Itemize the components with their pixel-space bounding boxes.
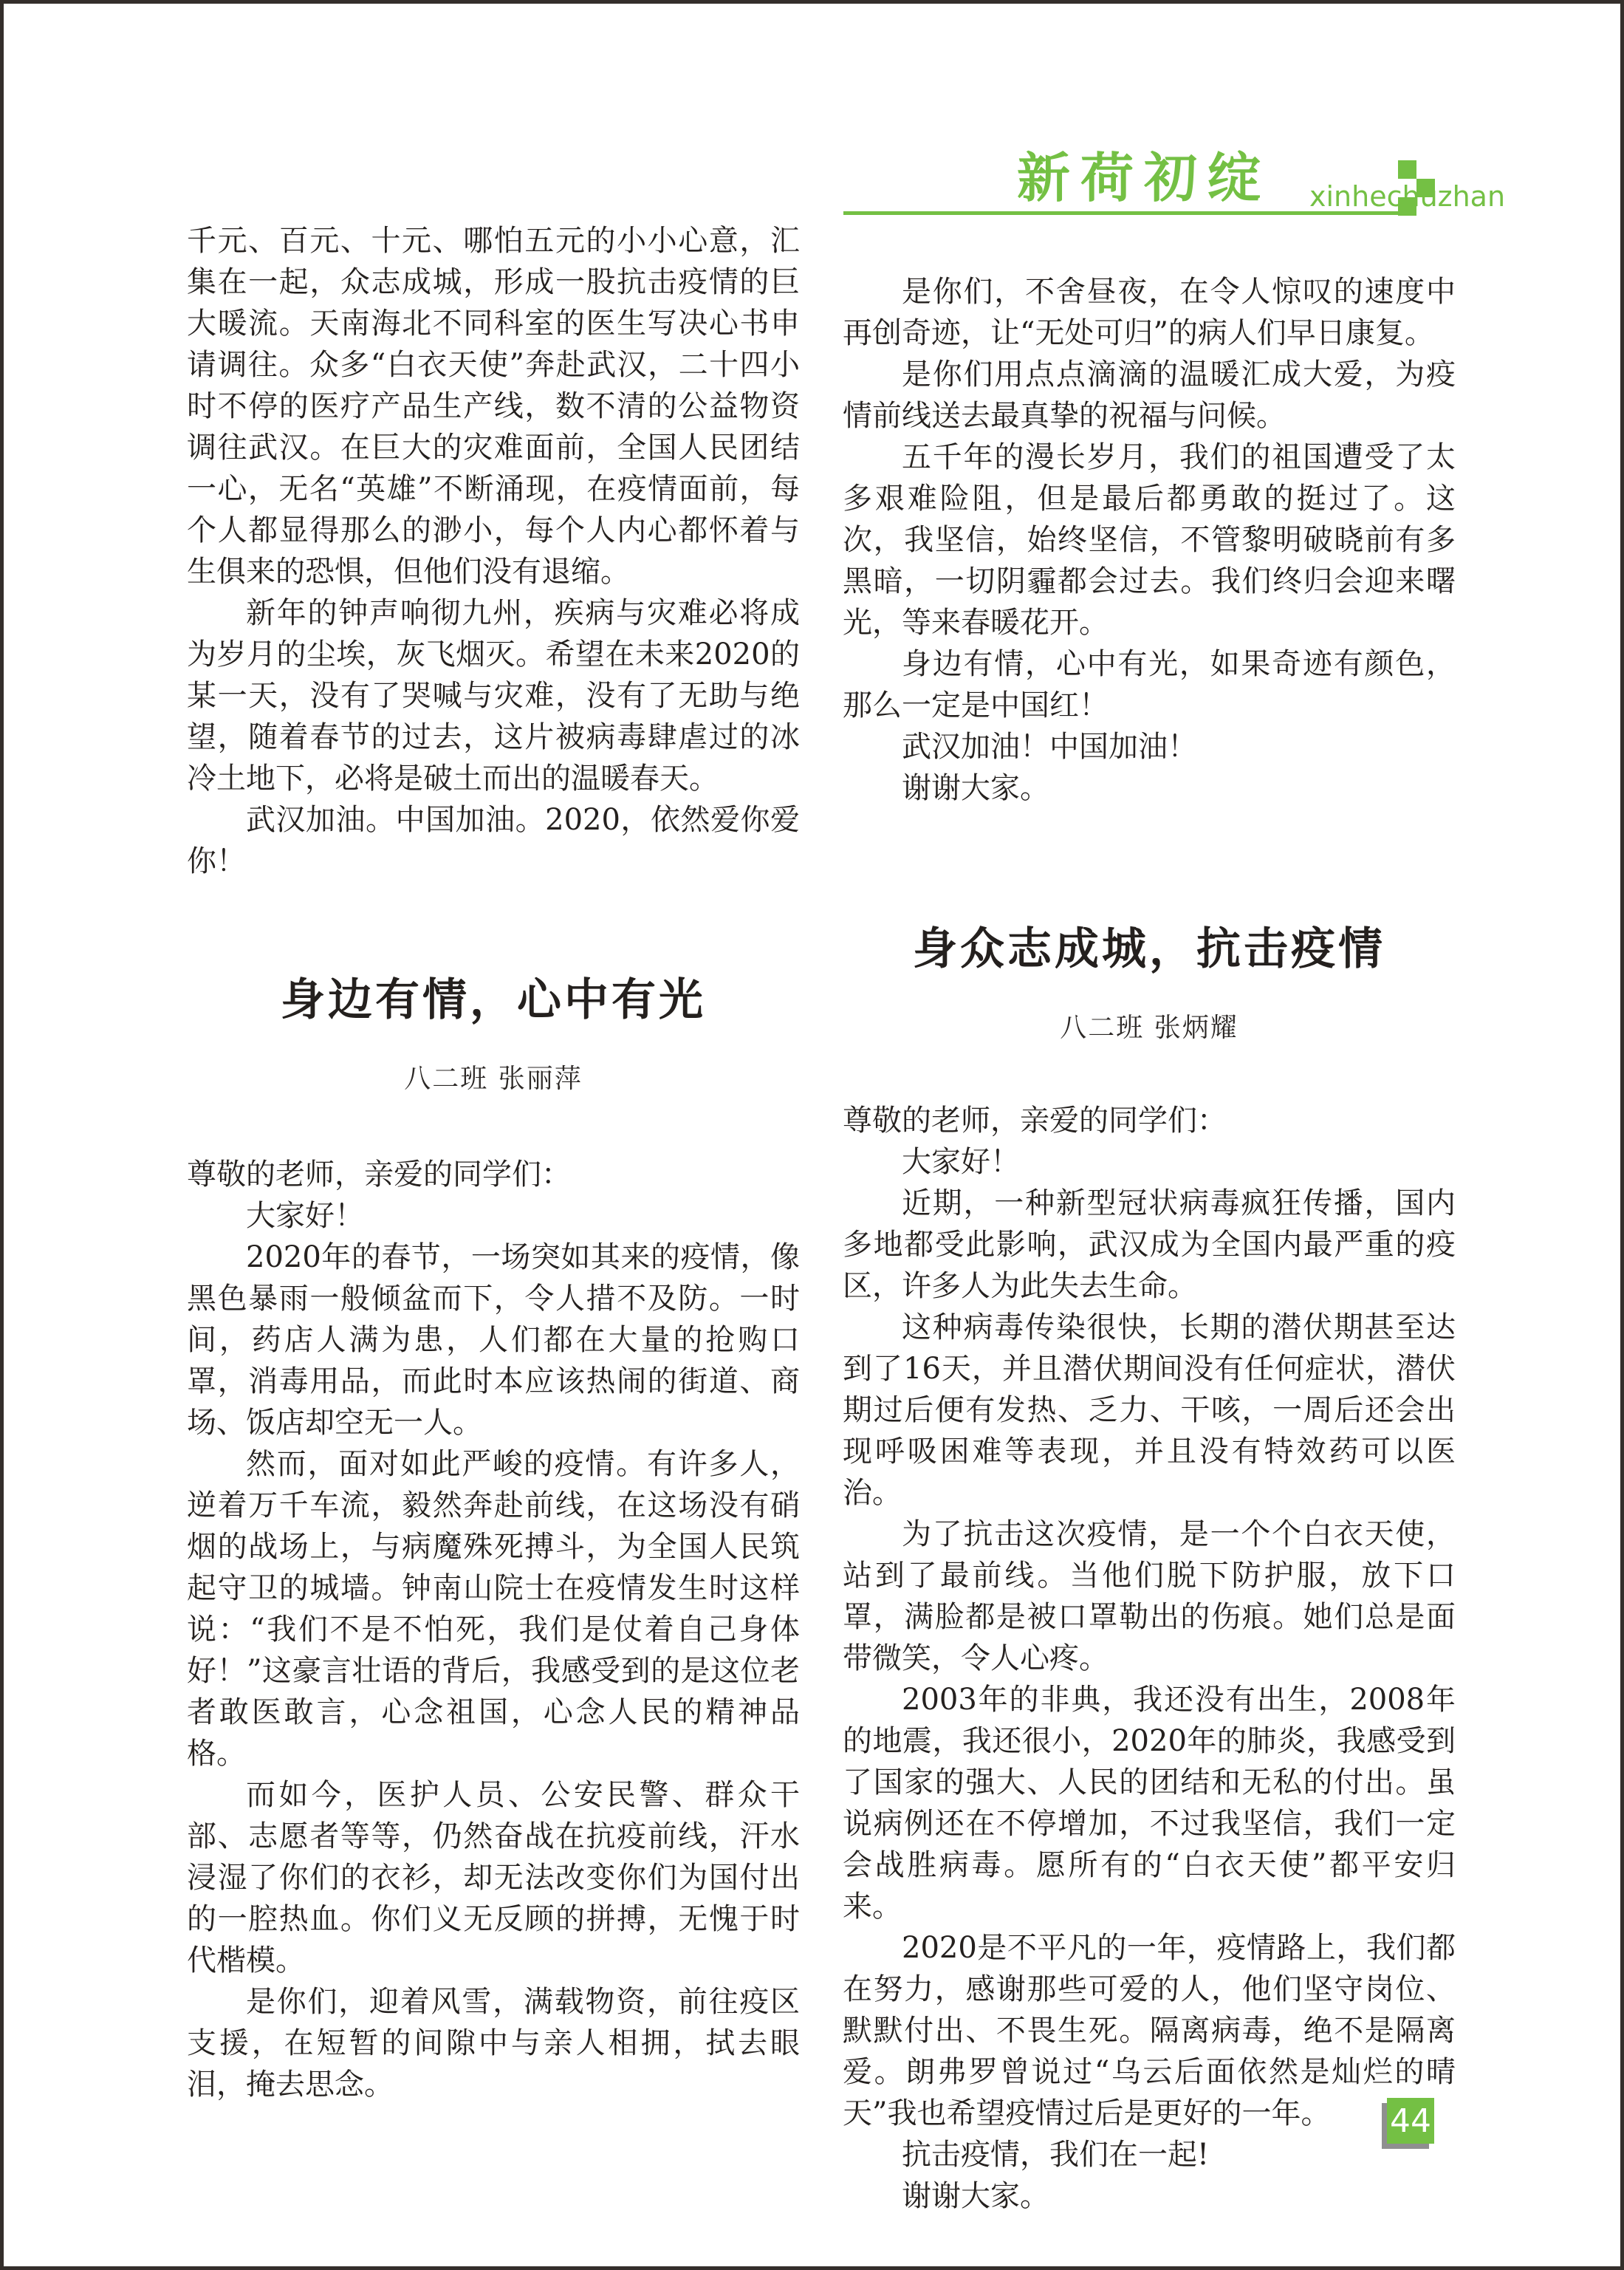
left-column: 千元、百元、十元、哪怕五元的小小心意，汇集在一起，众志成城，形成一股抗击疫情的巨… (187, 220, 800, 2105)
brand-square-icon (1398, 160, 1416, 179)
paragraph: 为了抗击这次疫情，是一个个白衣天使，站到了最前线。当他们脱下防护服，放下口罩，满… (843, 1514, 1456, 1679)
article-title: 身边有情，心中有光 (187, 971, 800, 1030)
paragraph: 抗击疫情，我们在一起! (843, 2134, 1456, 2175)
paragraph: 大家好！ (187, 1195, 800, 1237)
paragraph: 近期，一种新型冠状病毒疯狂传播，国内多地都受此影响，武汉成为全国内最严重的疫区，… (843, 1183, 1456, 1307)
paragraph: 五千年的漫长岁月，我们的祖国遭受了太多艰难险阻，但是最后都勇敢的挺过了。这次，我… (843, 437, 1456, 643)
paragraph: 尊敬的老师，亲爱的同学们： (187, 1154, 800, 1195)
right-column: 是你们，不舍昼夜，在令人惊叹的速度中再创奇迹，让“无处可归”的病人们早日康复。 … (843, 271, 1456, 2217)
paragraph: 是你们用点点滴滴的温暖汇成大爱，为疫情前线送去最真挚的祝福与问候。 (843, 354, 1456, 437)
paragraph: 这种病毒传染很快，长期的潜伏期甚至达到了16天，并且潜伏期间没有任何症状，潜伏期… (843, 1307, 1456, 1514)
paragraph: 武汉加油。中国加油。2020，依然爱你爱你！ (187, 799, 800, 882)
paragraph: 身边有情，心中有光，如果奇迹有颜色，那么一定是中国红！ (843, 643, 1456, 726)
paragraph: 然而，面对如此严峻的疫情。有许多人，逆着万千车流，毅然奔赴前线，在这场没有硝烟的… (187, 1443, 800, 1774)
article-author: 八二班 张炳耀 (843, 1012, 1456, 1044)
paragraph: 2003年的非典，我还没有出生，2008年的地震，我还很小，2020年的肺炎，我… (843, 1679, 1456, 1927)
page-number: 44 (1390, 2102, 1431, 2140)
article-title: 身众志成城，抗击疫情 (843, 920, 1456, 980)
brand-title: 新荷初绽 (1017, 151, 1271, 205)
header-rule (843, 211, 1403, 215)
article-body: 尊敬的老师，亲爱的同学们： 大家好！ 2020年的春节，一场突如其来的疫情，像黑… (187, 1154, 800, 2105)
paragraph: 是你们，迎着风雪，满载物资，前往疫区支援，在短暂的间隙中与亲人相拥，拭去眼泪，掩… (187, 1981, 800, 2105)
paragraph: 而如今，医护人员、公安民警、群众干部、志愿者等等，仍然奋战在抗疫前线，汗水浸湿了… (187, 1774, 800, 1981)
paragraph: 2020是不平凡的一年，疫情路上，我们都在努力，感谢那些可爱的人，他们坚守岗位、… (843, 1927, 1456, 2134)
paragraph: 是你们，不舍昼夜，在令人惊叹的速度中再创奇迹，让“无处可归”的病人们早日康复。 (843, 271, 1456, 354)
page-number-badge: 44 (1387, 2098, 1434, 2144)
article-author: 八二班 张丽萍 (187, 1063, 800, 1095)
paragraph: 大家好！ (843, 1141, 1456, 1183)
paragraph: 谢谢大家。 (843, 2175, 1456, 2217)
brand-square-icon (1398, 197, 1416, 216)
paragraph: 尊敬的老师，亲爱的同学们： (843, 1100, 1456, 1141)
paragraph: 2020年的春节，一场突如其来的疫情，像黑色暴雨一般倾盆而下，令人措不及防。一时… (187, 1237, 800, 1443)
paragraph: 谢谢大家。 (843, 768, 1456, 809)
paragraph: 千元、百元、十元、哪怕五元的小小心意，汇集在一起，众志成城，形成一股抗击疫情的巨… (187, 220, 800, 592)
brand-square-icon (1416, 179, 1435, 197)
paragraph: 新年的钟声响彻九州，疾病与灾难必将成为岁月的尘埃，灰飞烟灭。希望在未来2020的… (187, 592, 800, 799)
paragraph: 武汉加油！中国加油！ (843, 726, 1456, 768)
article-body: 尊敬的老师，亲爱的同学们： 大家好！ 近期，一种新型冠状病毒疯狂传播，国内多地都… (843, 1100, 1456, 2217)
magazine-page: 新荷初绽 xinhechuzhan 千元、百元、十元、哪怕五元的小小心意，汇集在… (0, 0, 1624, 2270)
